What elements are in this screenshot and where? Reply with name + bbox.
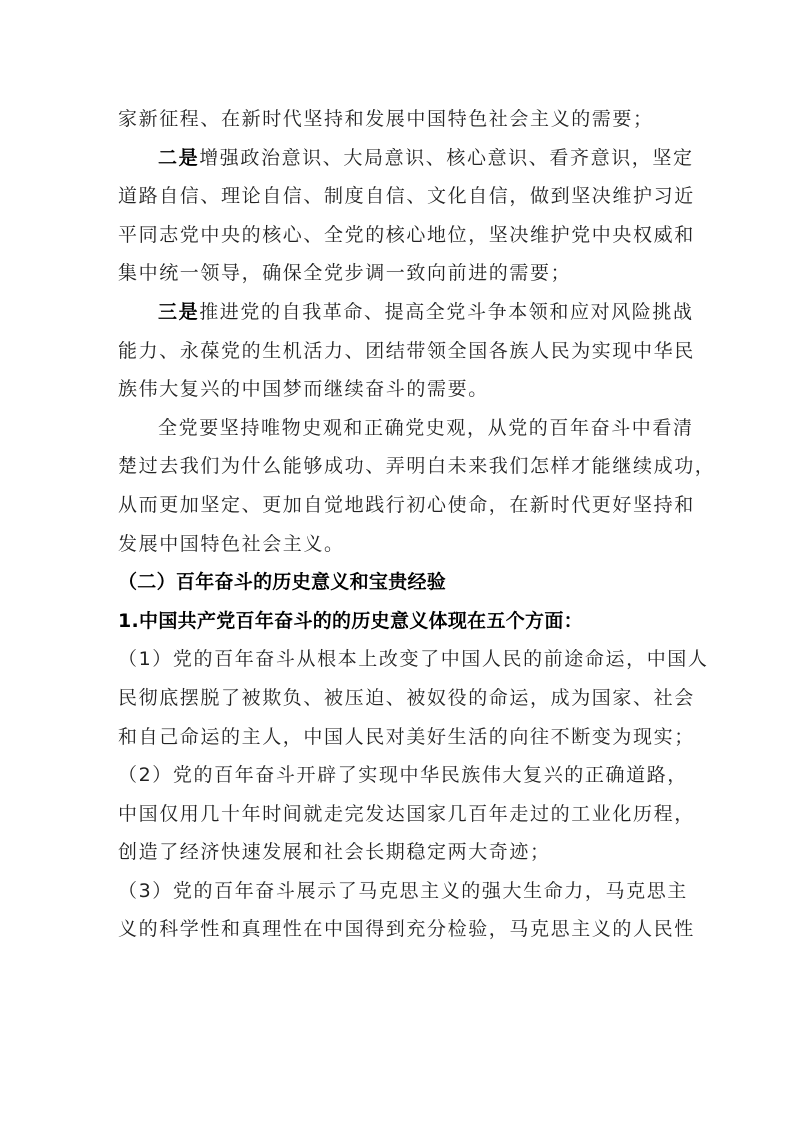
text-line: 发展中国特色社会主义。 bbox=[118, 525, 690, 564]
list-item-line: （1）党的百年奋斗从根本上改变了中国人民的前途命运，中国人 bbox=[118, 640, 690, 679]
list-item-line: 民彻底摆脱了被欺负、被压迫、被奴役的命运，成为国家、社会 bbox=[118, 679, 690, 718]
text-run: 推进党的自我革命、提高全党斗争本领和应对风险挑战 bbox=[199, 301, 693, 323]
list-item-line: 创造了经济快速发展和社会长期稳定两大奇迹； bbox=[118, 833, 690, 872]
lead-label: 二是 bbox=[158, 147, 199, 169]
list-item-line: （2）党的百年奋斗开辟了实现中华民族伟大复兴的正确道路， bbox=[118, 756, 690, 795]
text-line: 二是增强政治意识、大局意识、核心意识、看齐意识，坚定 bbox=[118, 139, 690, 178]
text-line: 能力、永葆党的生机活力、团结带领全国各族人民为实现中华民 bbox=[118, 332, 690, 371]
text-line: 道路自信、理论自信、制度自信、文化自信，做到坚决维护习近 bbox=[118, 177, 690, 216]
text-line: 从而更加坚定、更加自觉地践行初心使命，在新时代更好坚持和 bbox=[118, 486, 690, 525]
text-line: 族伟大复兴的中国梦而继续奋斗的需要。 bbox=[118, 370, 690, 409]
text-line: 集中统一领导，确保全党步调一致向前进的需要； bbox=[118, 254, 690, 293]
list-item-line: 中国仅用几十年时间就走完发达国家几百年走过的工业化历程， bbox=[118, 795, 690, 834]
section-heading: （二）百年奋斗的历史意义和宝贵经验 bbox=[118, 563, 690, 602]
list-item-line: （3）党的百年奋斗展示了马克思主义的强大生命力，马克思主 bbox=[118, 872, 690, 911]
lead-label: 三是 bbox=[158, 301, 199, 323]
text-line: 家新征程、在新时代坚持和发展中国特色社会主义的需要； bbox=[118, 100, 690, 139]
sub-heading: 1.中国共产党百年奋斗的的历史意义体现在五个方面： bbox=[118, 602, 690, 641]
text-line: 全党要坚持唯物史观和正确党史观，从党的百年奋斗中看清 bbox=[118, 409, 690, 448]
text-line: 楚过去我们为什么能够成功、弄明白未来我们怎样才能继续成功， bbox=[118, 447, 690, 486]
text-line: 平同志党中央的核心、全党的核心地位，坚决维护党中央权威和 bbox=[118, 216, 690, 255]
text-line: 三是推进党的自我革命、提高全党斗争本领和应对风险挑战 bbox=[118, 293, 690, 332]
list-item-line: 和自己命运的主人，中国人民对美好生活的向往不断变为现实； bbox=[118, 718, 690, 757]
text-run: 增强政治意识、大局意识、核心意识、看齐意识，坚定 bbox=[199, 147, 693, 169]
document-page: 家新征程、在新时代坚持和发展中国特色社会主义的需要； 二是增强政治意识、大局意识… bbox=[118, 100, 690, 949]
list-item-line: 义的科学性和真理性在中国得到充分检验，马克思主义的人民性 bbox=[118, 910, 690, 949]
